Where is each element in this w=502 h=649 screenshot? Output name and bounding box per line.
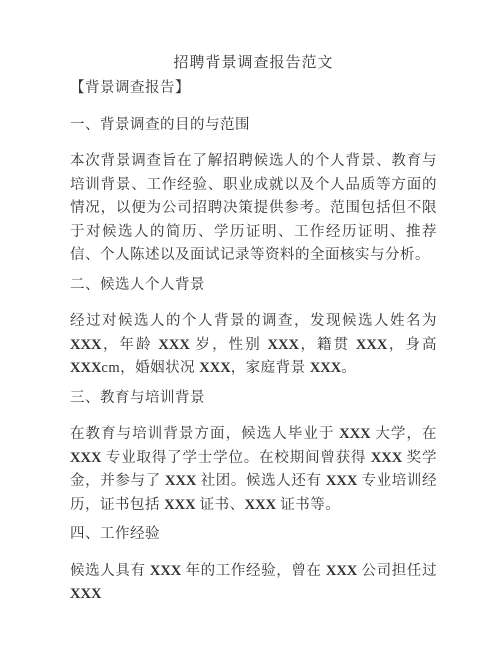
report-section-marker: 【背景调查报告】	[70, 77, 437, 101]
document-title: 招聘背景调查报告范文	[70, 51, 437, 75]
section-1-heading: 一、背景调查的目的与范围	[70, 114, 437, 138]
section-2-heading: 二、候选人个人背景	[70, 274, 437, 298]
section-4-heading: 四、工作经验	[70, 523, 437, 547]
section-4-body: 候选人具有 XXX 年的工作经验，曾在 XXX 公司担任过 XXX	[70, 560, 437, 607]
section-1-body: 本次背景调查旨在了解招聘候选人的个人背景、教育与培训背景、工作经验、职业成就以及…	[70, 150, 437, 268]
section-3-heading: 三、教育与培训背景	[70, 387, 437, 411]
document-page: 招聘背景调查报告范文 【背景调查报告】 一、背景调查的目的与范围 本次背景调查旨…	[0, 0, 502, 649]
section-3-body: 在教育与培训背景方面，候选人毕业于 XXX 大学，在 XXX 专业取得了学士学位…	[70, 423, 437, 517]
section-2-body: 经过对候选人的个人背景的调查，发现候选人姓名为 XXX，年龄 XXX 岁，性别 …	[70, 310, 437, 381]
